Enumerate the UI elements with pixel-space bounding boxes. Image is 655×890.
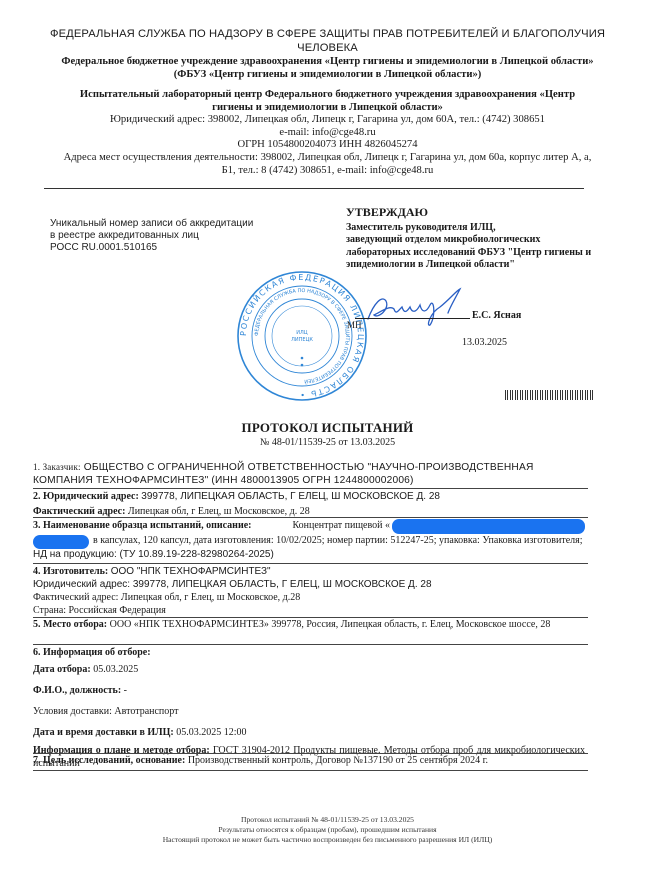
activity-address: Адреса мест осуществления деятельности: … <box>0 152 655 177</box>
svg-text:ИЛЦ: ИЛЦ <box>296 330 308 336</box>
lab-legal-address: Юридический адрес: 398002, Липецкая обл,… <box>0 114 655 127</box>
accreditation-label-line2: в реестре аккредитованных лиц <box>50 230 253 242</box>
sampler-value: - <box>124 685 127 696</box>
approval-title: УТВЕРЖДАЮ <box>346 206 596 219</box>
sampling-place-label: 5. Место отбора: <box>33 619 107 630</box>
delivery-conditions-label: Условия доставки: <box>33 706 112 717</box>
footer-reproduction-note: Настоящий протокол не может быть частичн… <box>0 835 655 845</box>
seal-mark: МП <box>347 320 362 330</box>
sample-description: в капсулах, 120 капсул, дата изготовлени… <box>93 535 583 548</box>
redacted-product-name <box>392 519 585 534</box>
signature-icon <box>360 283 475 331</box>
legal-address-label: 2. Юридический адрес: <box>33 491 139 502</box>
manufacturer-actual-address: Фактический адрес: Липецкая обл, г Елец,… <box>33 591 585 604</box>
svg-text:ЛИПЕЦК: ЛИПЕЦК <box>291 337 313 343</box>
section-customer: 1. Заказчик: ОБЩЕСТВО С ОГРАНИЧЕННОЙ ОТВ… <box>33 461 585 487</box>
divider <box>33 770 588 771</box>
institution-name: Федеральное бюджетное учреждение здравоо… <box>0 55 655 68</box>
sampler-label: Ф.И.О., должность: <box>33 685 121 696</box>
lab-email: e-mail: info@cge48.ru <box>0 127 655 140</box>
footer-protocol-ref: Протокол испытаний № 48-01/11539-25 от 1… <box>0 815 655 825</box>
section-purpose: 7. Цель исследований, основание: Произво… <box>33 755 585 768</box>
divider <box>33 753 588 754</box>
agency-name: ФЕДЕРАЛЬНАЯ СЛУЖБА ПО НАДЗОРУ В СФЕРЕ ЗА… <box>0 27 655 41</box>
lab-center-name-line2: гигиены и эпидемиологии в Липецкой облас… <box>0 102 655 115</box>
divider <box>33 563 588 564</box>
purpose-label: 7. Цель исследований, основание: <box>33 755 185 766</box>
lab-center-header: Испытательный лабораторный центр Федерал… <box>0 89 655 152</box>
actual-address-value: Липецкая обл, г Елец, ш Московское, д. 2… <box>128 506 310 517</box>
protocol-number: № 48-01/11539-25 от 13.03.2025 <box>0 437 655 448</box>
actual-address-label: Фактический адрес: <box>33 506 125 517</box>
sample-label: 3. Наименование образца испытаний, описа… <box>33 520 251 533</box>
agency-name-line2: ЧЕЛОВЕКА <box>0 41 655 55</box>
sampling-date-value: 05.03.2025 <box>93 664 138 675</box>
section-address: 2. Юридический адрес: 399778, ЛИПЕЦКАЯ О… <box>33 491 585 518</box>
redacted-product-name-cont <box>33 535 89 549</box>
manufacturer-country: Страна: Российская Федерация <box>33 604 585 617</box>
divider <box>33 617 588 618</box>
lab-center-name: Испытательный лабораторный центр Федерал… <box>0 89 655 102</box>
approver-department: заведующий отделом микробиологических ла… <box>346 234 596 272</box>
sampling-place-value: ООО «НПК ТЕХНОФАРМСИНТЕЗ» 399778, Россия… <box>110 619 551 630</box>
activity-address-line2: Б1, тел.: 8 (4742) 308651, e-mail: info@… <box>0 165 655 178</box>
approval-block: УТВЕРЖДАЮ Заместитель руководителя ИЛЦ, … <box>346 206 596 272</box>
accreditation-block: Уникальный номер записи об аккредитации … <box>50 218 253 254</box>
sampling-date-label: Дата отбора: <box>33 664 91 675</box>
manufacturer-label: 4. Изготовитель: <box>33 566 108 577</box>
divider <box>33 488 588 489</box>
signature-line <box>355 318 470 319</box>
delivery-conditions-value: Автотранспорт <box>114 706 178 717</box>
approval-date: 13.03.2025 <box>462 337 507 348</box>
section-sample: 3. Наименование образца испытаний, описа… <box>33 519 585 562</box>
accreditation-number: РОСС RU.0001.510165 <box>50 242 253 254</box>
agency-header: ФЕДЕРАЛЬНАЯ СЛУЖБА ПО НАДЗОРУ В СФЕРЕ ЗА… <box>0 27 655 55</box>
section-sampling-place: 5. Место отбора: ООО «НПК ТЕХНОФАРМСИНТЕ… <box>33 619 585 632</box>
accreditation-label: Уникальный номер записи об аккредитации <box>50 218 253 230</box>
manufacturer-value: ООО "НПК ТЕХНОФАРМСИНТЕЗ" <box>111 566 271 577</box>
institution-header: Федеральное бюджетное учреждение здравоо… <box>0 55 655 81</box>
page-footer: Протокол испытаний № 48-01/11539-25 от 1… <box>0 815 655 845</box>
legal-address-value: 399778, ЛИПЕЦКАЯ ОБЛАСТЬ, Г ЕЛЕЦ, Ш МОСК… <box>141 491 440 502</box>
purpose-value: Производственный контроль, Договор №1371… <box>188 755 488 766</box>
activity-address-line1: Адреса мест осуществления деятельности: … <box>0 152 655 165</box>
signer-name: Е.С. Ясная <box>472 310 521 321</box>
sample-name-prefix: Концентрат пищевой « <box>292 520 390 533</box>
approver-position: Заместитель руководителя ИЛЦ, <box>346 222 596 235</box>
barcode-icon <box>505 390 595 400</box>
delivery-time-label: Дата и время доставки в ИЛЦ: <box>33 727 174 738</box>
section-manufacturer: 4. Изготовитель: ООО "НПК ТЕХНОФАРМСИНТЕ… <box>33 565 585 617</box>
footer-results-note: Результаты относятся к образцам (пробам)… <box>0 825 655 835</box>
customer-value: ОБЩЕСТВО С ОГРАНИЧЕННОЙ ОТВЕТСТВЕННОСТЬЮ… <box>33 462 534 486</box>
manufacturer-legal-address: Юридический адрес: 399778, ЛИПЕЦКАЯ ОБЛА… <box>33 578 585 591</box>
divider <box>33 644 588 645</box>
section-sampling-info: 6. Информация об отборе: Дата отбора: 05… <box>33 646 585 770</box>
header-divider <box>44 188 584 189</box>
divider <box>33 517 588 518</box>
delivery-time-value: 05.03.2025 12:00 <box>176 727 246 738</box>
institution-short-name: (ФБУЗ «Центр гигиены и эпидемиологии в Л… <box>0 68 655 81</box>
protocol-title: ПРОТОКОЛ ИСПЫТАНИЙ <box>0 420 655 436</box>
sampling-info-label: 6. Информация об отборе: <box>33 646 585 659</box>
lab-ogrn-inn: ОГРН 1054800204073 ИНН 4826045274 <box>0 139 655 152</box>
customer-label: 1. Заказчик: <box>33 462 81 472</box>
sample-nd: НД на продукцию: (ТУ 10.89.19-228-829802… <box>33 549 585 562</box>
official-stamp-icon: РОССИЙСКАЯ ФЕДЕРАЦИЯ ЛИПЕЦКАЯ ОБЛАСТЬ • … <box>236 270 368 402</box>
